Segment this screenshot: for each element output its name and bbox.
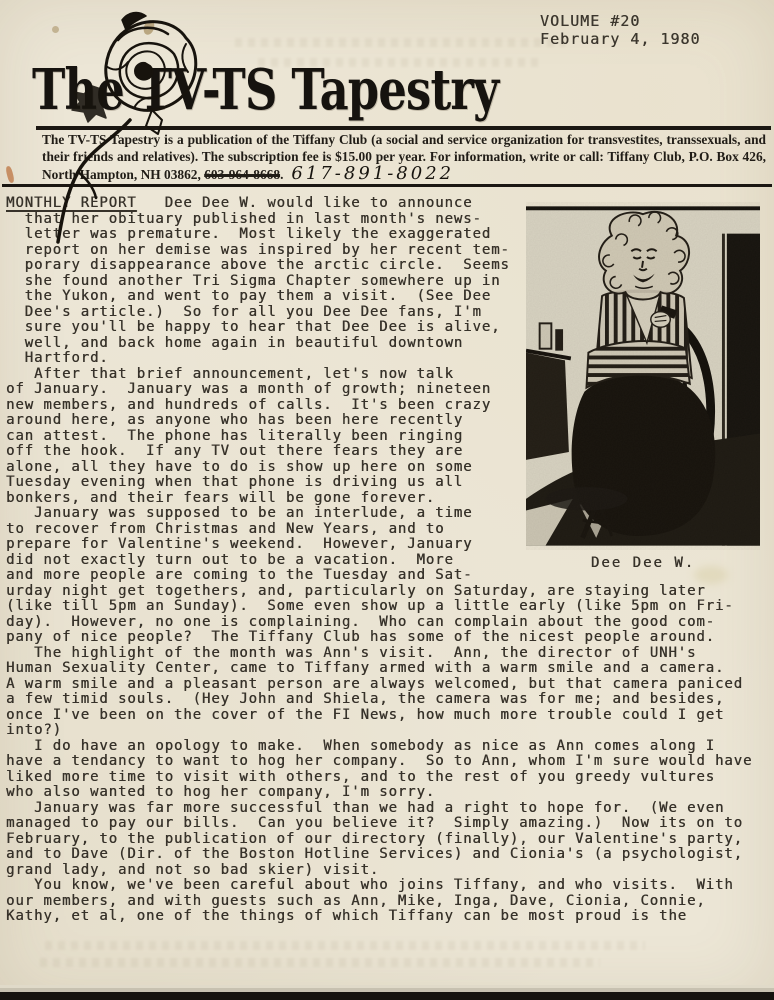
bleedthrough-ghost-text [40, 958, 600, 967]
volume-label: VOLUME #20 [540, 12, 701, 30]
issue-header: VOLUME #20 February 4, 1980 [540, 12, 701, 48]
rose-illustration-icon [34, 2, 224, 247]
paragraph: You know, we've been careful about who j… [6, 878, 760, 925]
handwritten-phone-number: 617-891-8022 [283, 163, 454, 184]
dee-dee-photo: Dee Dee W. [526, 202, 760, 572]
newsletter-page: VOLUME #20 February 4, 1980 The TV-TS Ta… [0, 0, 774, 1000]
dee-dee-photo-image [526, 202, 760, 550]
scan-bottom-edge [0, 985, 774, 1000]
paragraph-text: You know, we've been careful about who j… [6, 877, 734, 924]
paragraph-text: After that brief announcement, let's now… [6, 366, 491, 506]
paragraph: I do have an opology to make. When someb… [6, 739, 760, 801]
photo-caption: Dee Dee W. [526, 556, 760, 572]
article-body: Dee Dee W. MONTHLY REPORT Dee Dee W. wou… [6, 196, 760, 925]
bleedthrough-ghost-text [235, 38, 565, 47]
paragraph-text: The highlight of the month was Ann's vis… [6, 645, 743, 739]
issue-date: February 4, 1980 [540, 30, 701, 48]
paragraph-text: I do have an opology to make. When someb… [6, 738, 752, 801]
paragraph-text: January was far more successful than we … [6, 800, 743, 878]
paper-stain [5, 166, 15, 184]
paragraph: The highlight of the month was Ann's vis… [6, 646, 760, 739]
paragraph: January was far more successful than we … [6, 801, 760, 879]
bleedthrough-ghost-text [45, 941, 645, 950]
